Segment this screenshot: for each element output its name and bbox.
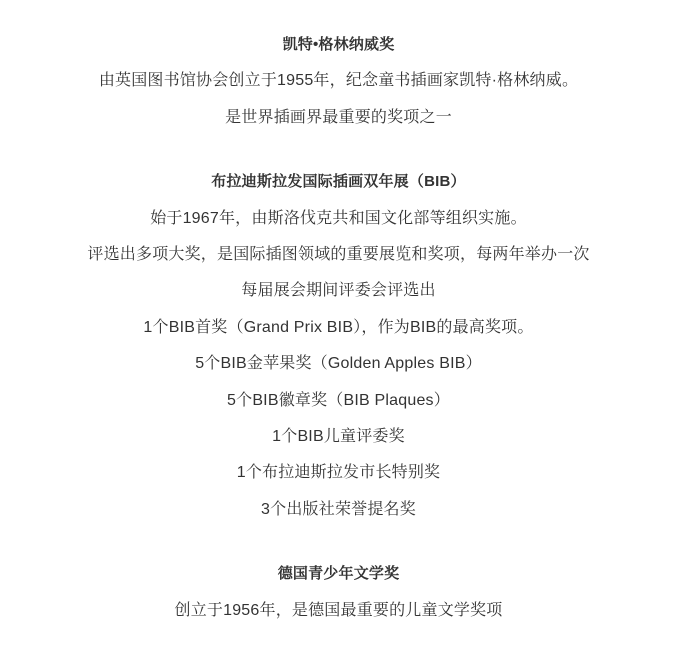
text-line: 5个BIB金苹果奖（Golden Apples BIB） [0,346,677,382]
text-line: 3个出版社荣誉提名奖 [0,492,677,528]
award-section-german-youth-literature: 德国青少年文学奖 创立于1956年，是德国最重要的儿童文学奖项 [0,556,677,629]
text-line: 1个布拉迪斯拉发市长特别奖 [0,455,677,491]
award-section-kate-greenaway: 凯特•格林纳威奖 由英国图书馆协会创立于1955年，纪念童书插画家凯特·格林纳威… [0,27,677,136]
section-gap [0,528,677,556]
text-line: 是世界插画界最重要的奖项之一 [0,100,677,136]
text-line: 每届展会期间评委会评选出 [0,273,677,309]
section-heading: 布拉迪斯拉发国际插画双年展（BIB） [0,164,677,200]
text-line: 5个BIB徽章奖（BIB Plaques） [0,383,677,419]
text-line: 评选出多项大奖，是国际插图领域的重要展览和奖项，每两年举办一次 [0,237,677,273]
section-heading: 凯特•格林纳威奖 [0,27,677,63]
award-section-bib-biennial: 布拉迪斯拉发国际插画双年展（BIB） 始于1967年，由斯洛伐克共和国文化部等组… [0,164,677,528]
section-heading: 德国青少年文学奖 [0,556,677,592]
text-line: 创立于1956年，是德国最重要的儿童文学奖项 [0,593,677,629]
text-line: 1个BIB首奖（Grand Prix BIB），作为BIB的最高奖项。 [0,310,677,346]
text-line: 1个BIB儿童评委奖 [0,419,677,455]
section-gap [0,136,677,164]
text-line: 由英国图书馆协会创立于1955年，纪念童书插画家凯特·格林纳威。 [0,63,677,99]
text-line: 始于1967年，由斯洛伐克共和国文化部等组织实施。 [0,201,677,237]
awards-article: 凯特•格林纳威奖 由英国图书馆协会创立于1955年，纪念童书插画家凯特·格林纳威… [0,0,677,629]
